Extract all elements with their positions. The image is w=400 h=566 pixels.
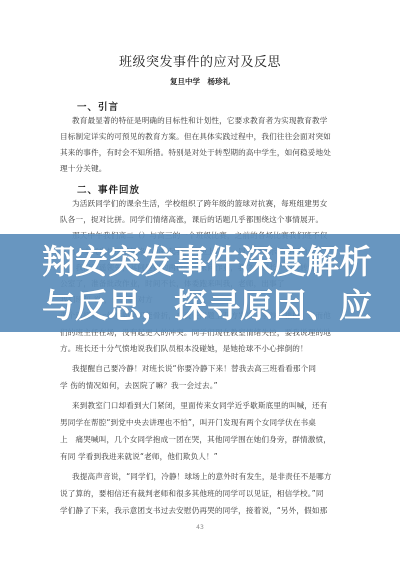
body-text-line: 有同 学看到我进来就说“老师，他们欺负人！”	[60, 452, 348, 462]
body-text-line: 学们静了下来，我示意团支书过去安慰仍再哭的同学，接着说，“另外，假如那	[60, 506, 348, 516]
section-heading-event-replay: 二、事件回放	[77, 182, 140, 196]
body-text-line: 目标制定详实的可预见的教育方案。但在具体实践过程中，我们往往会面对突如	[60, 132, 348, 142]
section-heading-introduction: 一、引言	[77, 99, 119, 113]
document-byline: 复旦中学 杨珍礼	[0, 76, 400, 87]
body-text-line: 教育最显著的特征是明确的目标性和计划性，它要求教育者为实现教育教学	[72, 116, 348, 126]
headline-banner: 翔安突发事件深度解析 与反思，探寻原因、应	[0, 234, 400, 332]
body-text-line: 男同学在帮腔“到党中央去讲理也不怕”，叫开门发现有两个女同学伏在书桌	[60, 418, 348, 428]
page-number: 43	[0, 524, 400, 531]
body-text-line: 学 伤的情况如何，去医院了嘛？我一会过去。”	[60, 381, 348, 391]
banner-headline-line-2: 与反思，探寻原因、应	[42, 284, 400, 328]
body-text-line: 队各一，捉对比拼。同学们情绪高涨，课后的话题几乎都围绕这个事情展开。	[60, 215, 348, 225]
body-text-line: 其来的事件，有时会不知所措。特别是对处于转型期的高中学生，如何稳妥地处	[60, 148, 348, 158]
document-title: 班级突发事件的应对及反思	[0, 51, 400, 70]
body-text-line: 为活跃同学们的课余生活，学校组织了跨年级的篮球对抗赛，每班组建男女	[72, 199, 348, 209]
banner-headline: 翔安突发事件深度解析 与反思，探寻原因、应	[0, 234, 400, 332]
body-text-line: 说了算的，要相信还有裁判老师和很多其他班的同学可以见证，相信学校。”同	[60, 489, 348, 499]
body-text-line: 我提醒自己要冷静！对班长说“你要冷静下来！替我去高三班看看那个同	[72, 364, 348, 374]
body-text-line: 理十分关键。	[60, 164, 348, 174]
banner-headline-line-1: 翔安突发事件深度解析	[42, 240, 400, 284]
body-text-line: 方。班长还十分气愤地说我们队员根本没碰她，是她抢球不小心摔倒的！	[60, 344, 348, 354]
body-text-line: 我提高声音说，“同学们，冷静！球场上的意外时有发生，是非责任不是哪方	[72, 472, 348, 482]
body-text-line: 上 痛哭喊叫，几个女同学抱成一团在哭，其他同学围在她们身旁，群情激愤，	[60, 435, 348, 445]
body-text-line: 来到教室门口却看到大门紧闭，里面传来女同学近乎歇斯底里的叫喊，还有	[72, 401, 348, 411]
